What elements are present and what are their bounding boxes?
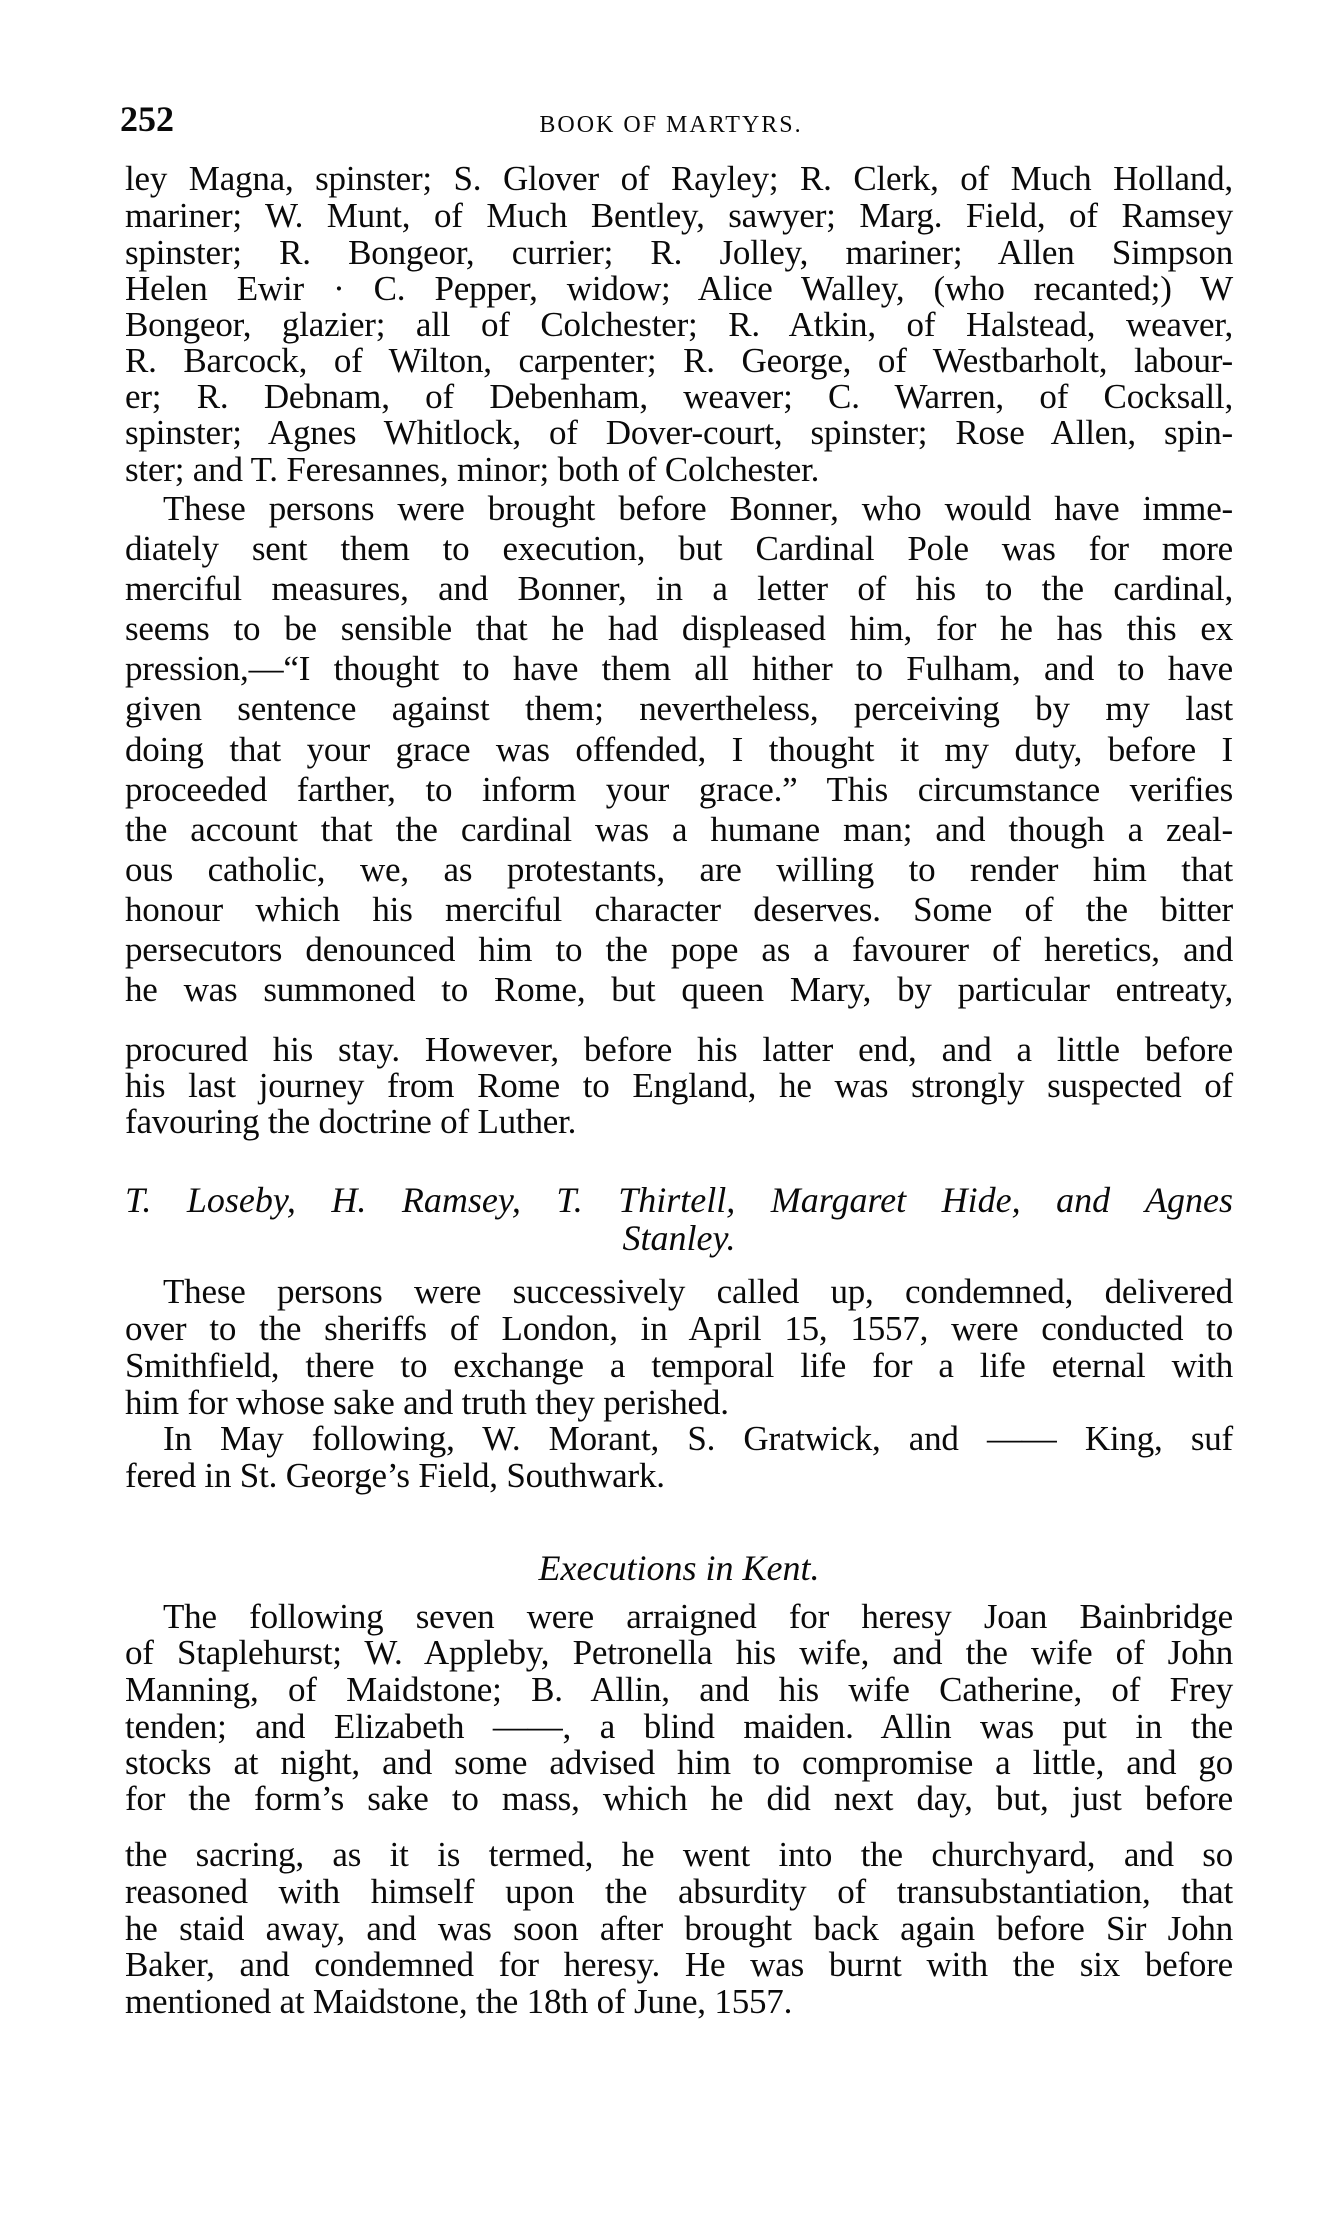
book-page: 252 BOOK OF MARTYRS. ley Magna, spinster… [0, 0, 1342, 2213]
text-line: reasoned with himself upon the absurdity… [125, 1873, 1233, 1911]
text-line: ley Magna, spinster; S. Glover of Rayley… [125, 160, 1233, 198]
text-line: ster; and T. Feresannes, minor; both of … [125, 451, 1233, 489]
text-line: spinster; R. Bongeor, currier; R. Jolley… [125, 234, 1233, 272]
text-line: him for whose sake and truth they perish… [125, 1384, 1233, 1422]
text-line: Manning, of Maidstone; B. Allin, and his… [125, 1671, 1233, 1709]
text-line: given sentence against them; nevertheles… [125, 690, 1233, 728]
text-line: seems to be sensible that he had displea… [125, 610, 1233, 648]
text-line: for the form’s sake to mass, which he di… [125, 1780, 1233, 1818]
text-line: favouring the doctrine of Luther. [125, 1103, 1233, 1141]
text-line: he was summoned to Rome, but queen Mary,… [125, 971, 1233, 1009]
section-heading-loseby-cont: Stanley. [125, 1218, 1233, 1258]
section-heading-loseby: T. Loseby, H. Ramsey, T. Thirtell, Marga… [125, 1180, 1233, 1220]
text-line: stocks at night, and some advised him to… [125, 1744, 1233, 1782]
text-line: ous catholic, we, as protestants, are wi… [125, 851, 1233, 889]
text-line: doing that your grace was offended, I th… [125, 731, 1233, 769]
text-line: of Staplehurst; W. Appleby, Petronella h… [125, 1634, 1233, 1672]
text-line: mentioned at Maidstone, the 18th of June… [125, 1983, 1233, 2021]
text-line: he staid away, and was soon after brough… [125, 1910, 1233, 1948]
text-line: the account that the cardinal was a huma… [125, 811, 1233, 849]
text-line: Bongeor, glazier; all of Colchester; R. … [125, 306, 1233, 344]
text-line: The following seven were arraigned for h… [163, 1598, 1233, 1636]
text-line: Smithfield, there to exchange a temporal… [125, 1347, 1233, 1385]
running-title: BOOK OF MARTYRS. [0, 110, 1342, 140]
text-line: merciful measures, and Bonner, in a lett… [125, 570, 1233, 608]
text-line: persecutors denounced him to the pope as… [125, 931, 1233, 969]
text-line: In May following, W. Morant, S. Gratwick… [163, 1420, 1233, 1458]
text-line: pression,—“I thought to have them all hi… [125, 650, 1233, 688]
text-line: tenden; and Elizabeth ——, a blind maiden… [125, 1708, 1233, 1746]
text-line: These persons were brought before Bonner… [163, 490, 1233, 528]
section-heading-kent: Executions in Kent. [125, 1548, 1233, 1588]
text-line: These persons were successively called u… [163, 1273, 1233, 1311]
text-line: Baker, and condemned for heresy. He was … [125, 1946, 1233, 1984]
text-line: over to the sheriffs of London, in April… [125, 1310, 1233, 1348]
text-line: mariner; W. Munt, of Much Bentley, sawye… [125, 197, 1233, 235]
text-line: diately sent them to execution, but Card… [125, 530, 1233, 568]
text-line: his last journey from Rome to England, h… [125, 1067, 1233, 1105]
text-line: Helen Ewir · C. Pepper, widow; Alice Wal… [125, 270, 1233, 308]
text-line: procured his stay. However, before his l… [125, 1031, 1233, 1069]
text-line: honour which his merciful character dese… [125, 891, 1233, 929]
text-line: er; R. Debnam, of Debenham, weaver; C. W… [125, 378, 1233, 416]
text-line: R. Barcock, of Wilton, carpenter; R. Geo… [125, 342, 1233, 380]
text-line: the sacring, as it is termed, he went in… [125, 1836, 1233, 1874]
text-line: fered in St. George’s Field, Southwark. [125, 1457, 1233, 1495]
text-line: proceeded farther, to inform your grace.… [125, 771, 1233, 809]
text-line: spinster; Agnes Whitlock, of Dover-court… [125, 414, 1233, 452]
